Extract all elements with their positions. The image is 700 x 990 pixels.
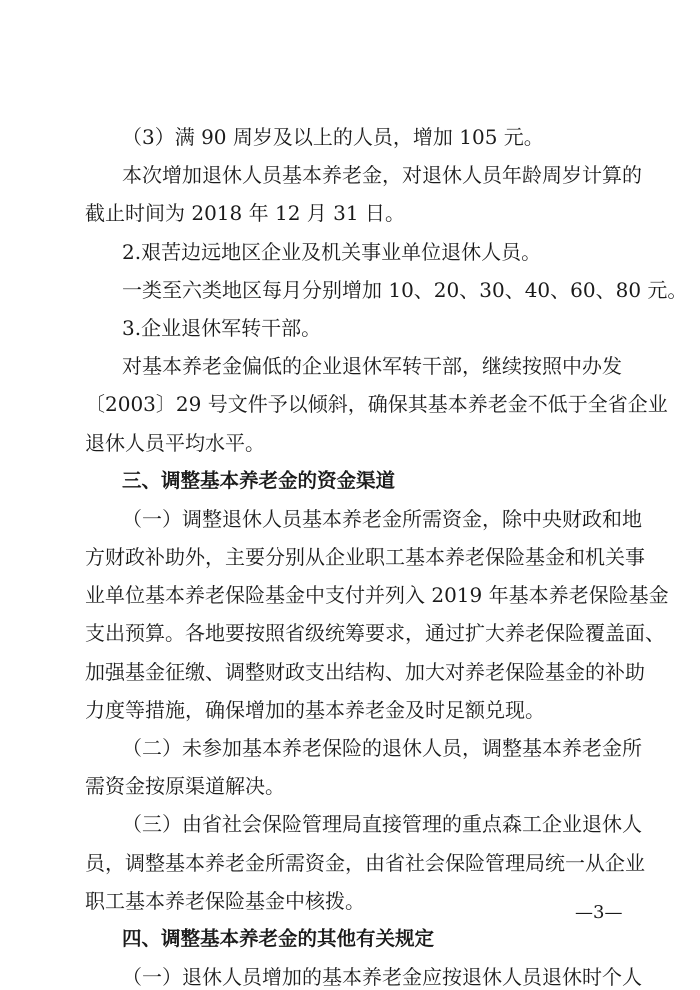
paragraph-line: 支出预算。各地要按照省级统筹要求，通过扩大养老保险覆盖面、 [85,614,615,652]
paragraph-line: 本次增加退休人员基本养老金，对退休人员年龄周岁计算的 [85,156,615,194]
section-heading: 四、调整基本养老金的其他有关规定 [85,920,615,958]
paragraph-line: （三）由省社会保险管理局直接管理的重点森工企业退休人 [85,805,615,843]
paragraph-line: 加强基金征缴、调整财政支出结构、加大对养老保险基金的补助 [85,653,615,691]
subsection-title: 3.企业退休军转干部。 [85,309,615,347]
paragraph-line: （一）调整退休人员基本养老金所需资金，除中央财政和地 [85,500,615,538]
paragraph-line: 力度等措施，确保增加的基本养老金及时足额兑现。 [85,691,615,729]
paragraph-line: 截止时间为 2018 年 12 月 31 日。 [85,194,615,232]
paragraph-line: 退休人员平均水平。 [85,424,615,462]
paragraph-line: 需资金按原渠道解决。 [85,767,615,805]
paragraph-line: （二）未参加基本养老保险的退休人员，调整基本养老金所 [85,729,615,767]
subsection-title: 2.艰苦边远地区企业及机关事业单位退休人员。 [85,233,615,271]
document-page-body: （3）满 90 周岁及以上的人员，增加 105 元。 本次增加退休人员基本养老金… [85,118,615,990]
paragraph-line: （一）退休人员增加的基本养老金应按退休人员退休时个人 [85,958,615,990]
paragraph-line: 职工基本养老保险基金中核拨。 [85,882,615,920]
paragraph-line: （3）满 90 周岁及以上的人员，增加 105 元。 [85,118,615,156]
paragraph-line: 业单位基本养老保险基金中支付并列入 2019 年基本养老保险基金 [85,576,615,614]
section-heading: 三、调整基本养老金的资金渠道 [85,462,615,500]
paragraph-line: 员，调整基本养老金所需资金，由省社会保险管理局统一从企业 [85,844,615,882]
paragraph-line: 〔2003〕29 号文件予以倾斜，确保其基本养老金不低于全省企业 [85,385,615,423]
paragraph-line: 方财政补助外，主要分别从企业职工基本养老保险基金和机关事 [85,538,615,576]
page-number: —3— [575,902,622,923]
paragraph-line: 对基本养老金偏低的企业退休军转干部，继续按照中办发 [85,347,615,385]
paragraph-line: 一类至六类地区每月分别增加 10、20、30、40、60、80 元。 [85,271,615,309]
